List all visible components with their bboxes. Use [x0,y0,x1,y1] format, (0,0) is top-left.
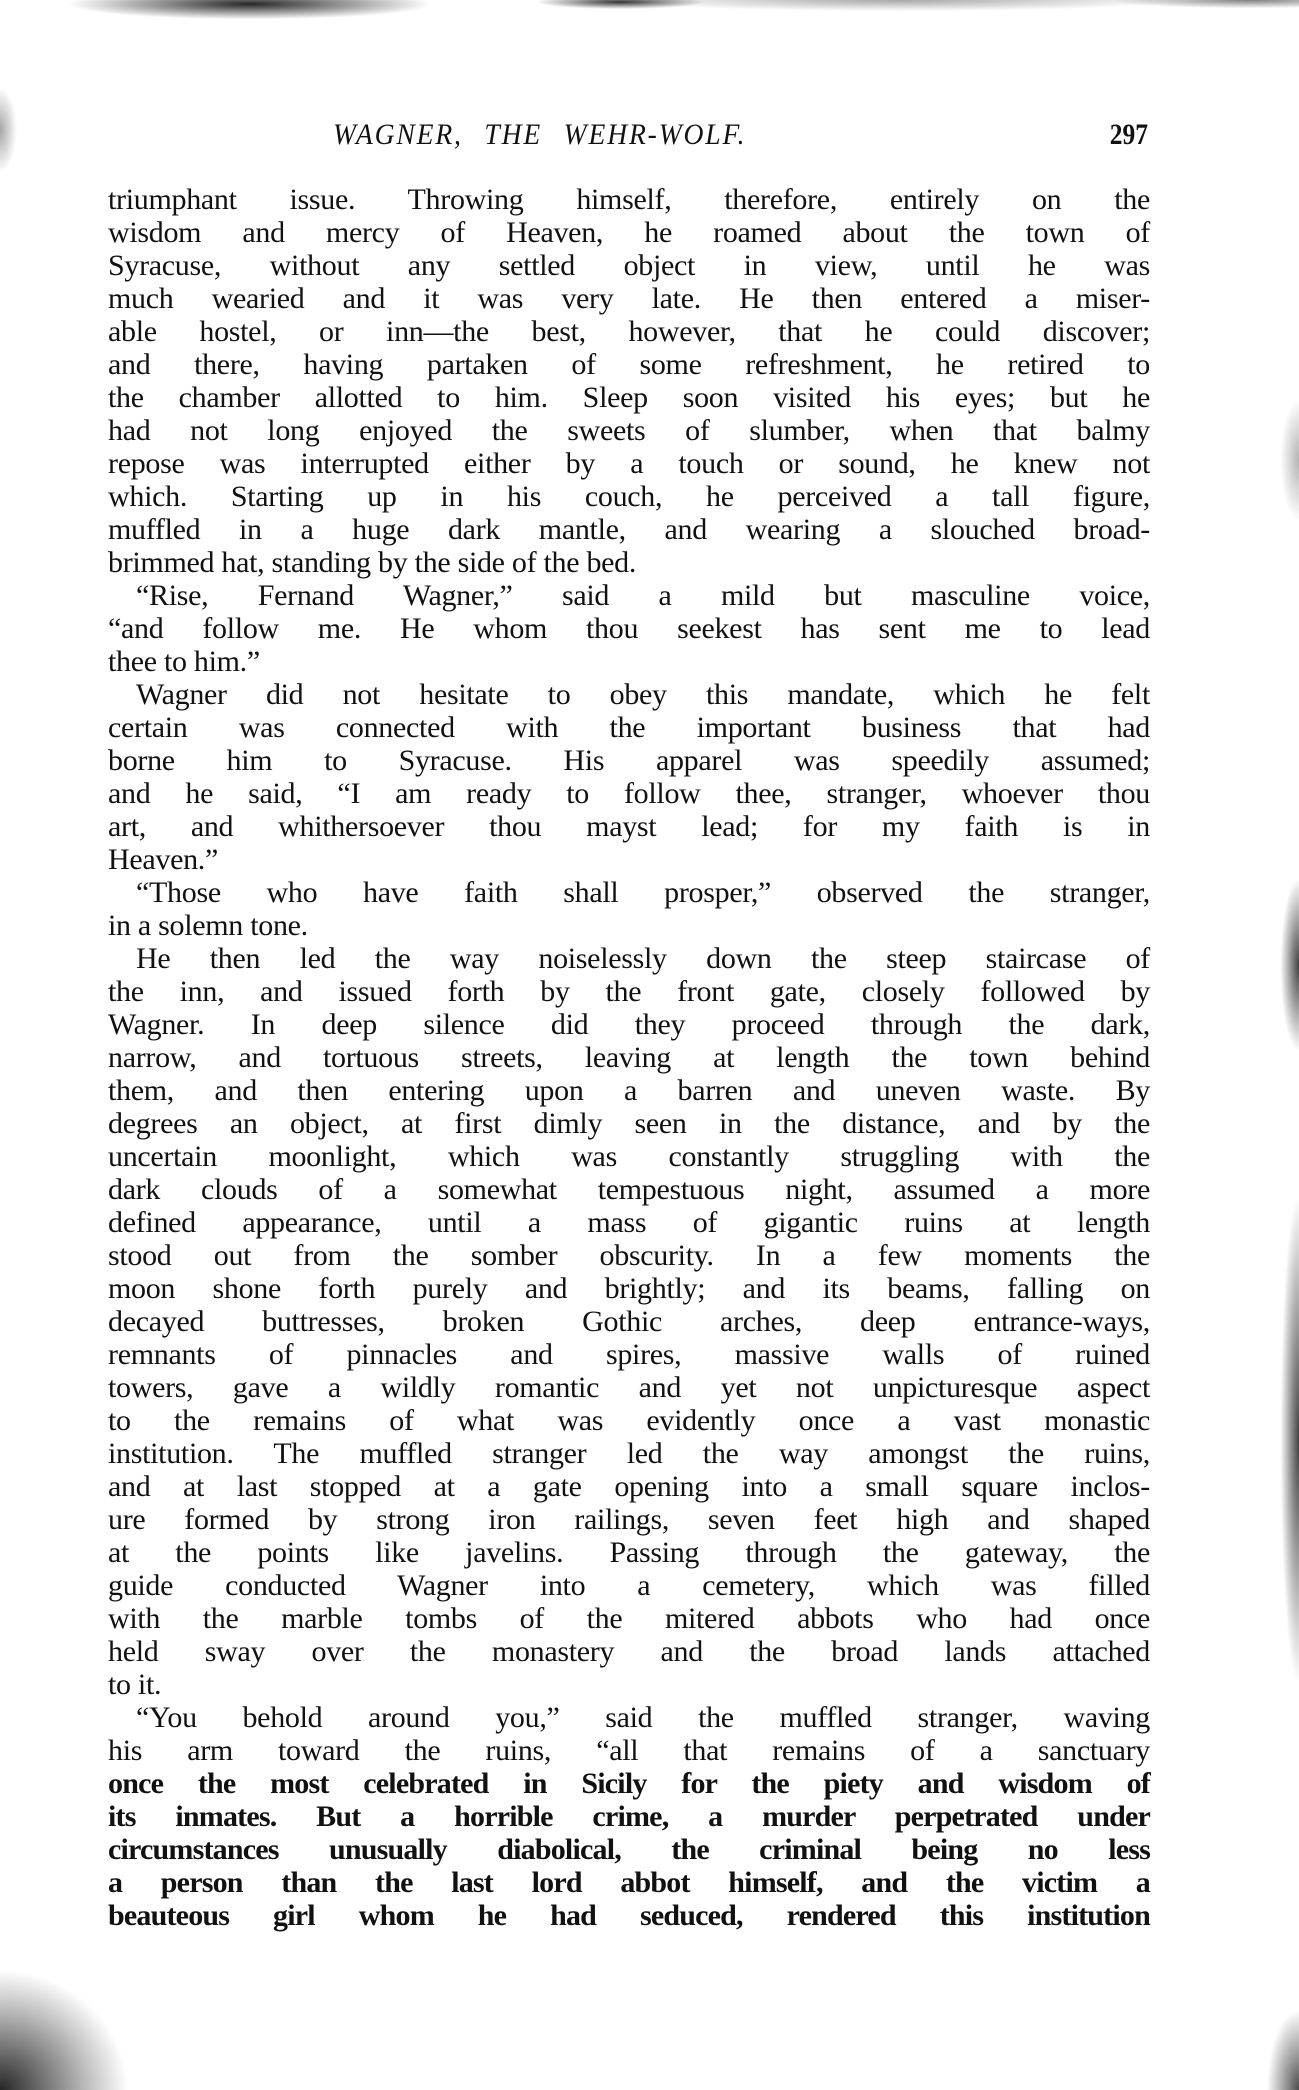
text-line: had not long enjoyed the sweets of slumb… [108,414,1150,447]
text-line: stood out from the somber obscurity. In … [108,1239,1150,1272]
text-line: triumphant issue. Throwing himself, ther… [108,183,1150,216]
text-line: in a solemn tone. [108,909,1150,942]
text-line: ure formed by strong iron railings, seve… [108,1503,1150,1536]
text-line: its inmates. But a horrible crime, a mur… [108,1800,1150,1833]
text-line: and there, having partaken of some refre… [108,348,1150,381]
running-title: WAGNER, THE WEHR-WOLF. [333,118,746,152]
text-line: at the points like javelins. Passing thr… [108,1536,1150,1569]
text-line: uncertain moonlight, which was constantl… [108,1140,1150,1173]
body-text: triumphant issue. Throwing himself, ther… [108,183,1150,1932]
text-line: wisdom and mercy of Heaven, he roamed ab… [108,216,1150,249]
text-line: He then led the way noiselessly down the… [108,942,1150,975]
text-line: brimmed hat, standing by the side of the… [108,546,1150,579]
text-line: held sway over the monastery and the bro… [108,1635,1150,1668]
text-line: able hostel, or inn—the best, however, t… [108,315,1150,348]
text-line: beauteous girl whom he had seduced, rend… [108,1899,1150,1932]
text-line: dark clouds of a somewhat tempestuous ni… [108,1173,1150,1206]
scan-noise-right [1259,880,1299,1050]
text-line: “Those who have faith shall prosper,” ob… [108,876,1150,909]
text-line: towers, gave a wildly romantic and yet n… [108,1371,1150,1404]
text-line: to it. [108,1668,1150,1701]
scan-noise-bottom-right [1239,1970,1299,2090]
text-line: certain was connected with the important… [108,711,1150,744]
page-number: 297 [1110,118,1148,152]
text-line: art, and whithersoever thou mayst lead; … [108,810,1150,843]
text-line: “You behold around you,” said the muffle… [108,1701,1150,1734]
text-line: much wearied and it was very late. He th… [108,282,1150,315]
running-head: WAGNER, THE WEHR-WOLF. 297 [108,118,1148,158]
text-line: which. Starting up in his couch, he perc… [108,480,1150,513]
text-line: and at last stopped at a gate opening in… [108,1470,1150,1503]
text-line: Heaven.” [108,843,1150,876]
text-line: borne him to Syracuse. His apparel was s… [108,744,1150,777]
scan-noise-top [0,0,1299,30]
text-line: Syracuse, without any settled object in … [108,249,1150,282]
scan-noise-right [1259,1200,1299,1680]
text-line: them, and then entering upon a barren an… [108,1074,1150,1107]
text-line: defined appearance, until a mass of giga… [108,1206,1150,1239]
scan-noise-left [0,80,30,180]
text-line: degrees an object, at first dimly seen i… [108,1107,1150,1140]
text-line: moon shone forth purely and brightly; an… [108,1272,1150,1305]
text-line: decayed buttresses, broken Gothic arches… [108,1305,1150,1338]
text-line: remnants of pinnacles and spires, massiv… [108,1338,1150,1371]
text-line: Wagner. In deep silence did they proceed… [108,1008,1150,1041]
text-line: a person than the last lord abbot himsel… [108,1866,1150,1899]
text-line: Wagner did not hesitate to obey this man… [108,678,1150,711]
text-line: repose was interrupted either by a touch… [108,447,1150,480]
text-line: and he said, “I am ready to follow thee,… [108,777,1150,810]
text-line: circumstances unusually diabolical, the … [108,1833,1150,1866]
text-line: to the remains of what was evidently onc… [108,1404,1150,1437]
text-line: the chamber allotted to him. Sleep soon … [108,381,1150,414]
text-line: his arm toward the ruins, “all that rema… [108,1734,1150,1767]
text-line: the inn, and issued forth by the front g… [108,975,1150,1008]
scan-noise-right [1259,400,1299,520]
text-line: guide conducted Wagner into a cemetery, … [108,1569,1150,1602]
text-line: muffled in a huge dark mantle, and weari… [108,513,1150,546]
text-line: with the marble tombs of the mitered abb… [108,1602,1150,1635]
text-line: “and follow me. He whom thou seekest has… [108,612,1150,645]
text-line: institution. The muffled stranger led th… [108,1437,1150,1470]
text-line: thee to him.” [108,645,1150,678]
text-line: “Rise, Fernand Wagner,” said a mild but … [108,579,1150,612]
text-line: once the most celebrated in Sicily for t… [108,1767,1150,1800]
text-line: narrow, and tortuous streets, leaving at… [108,1041,1150,1074]
